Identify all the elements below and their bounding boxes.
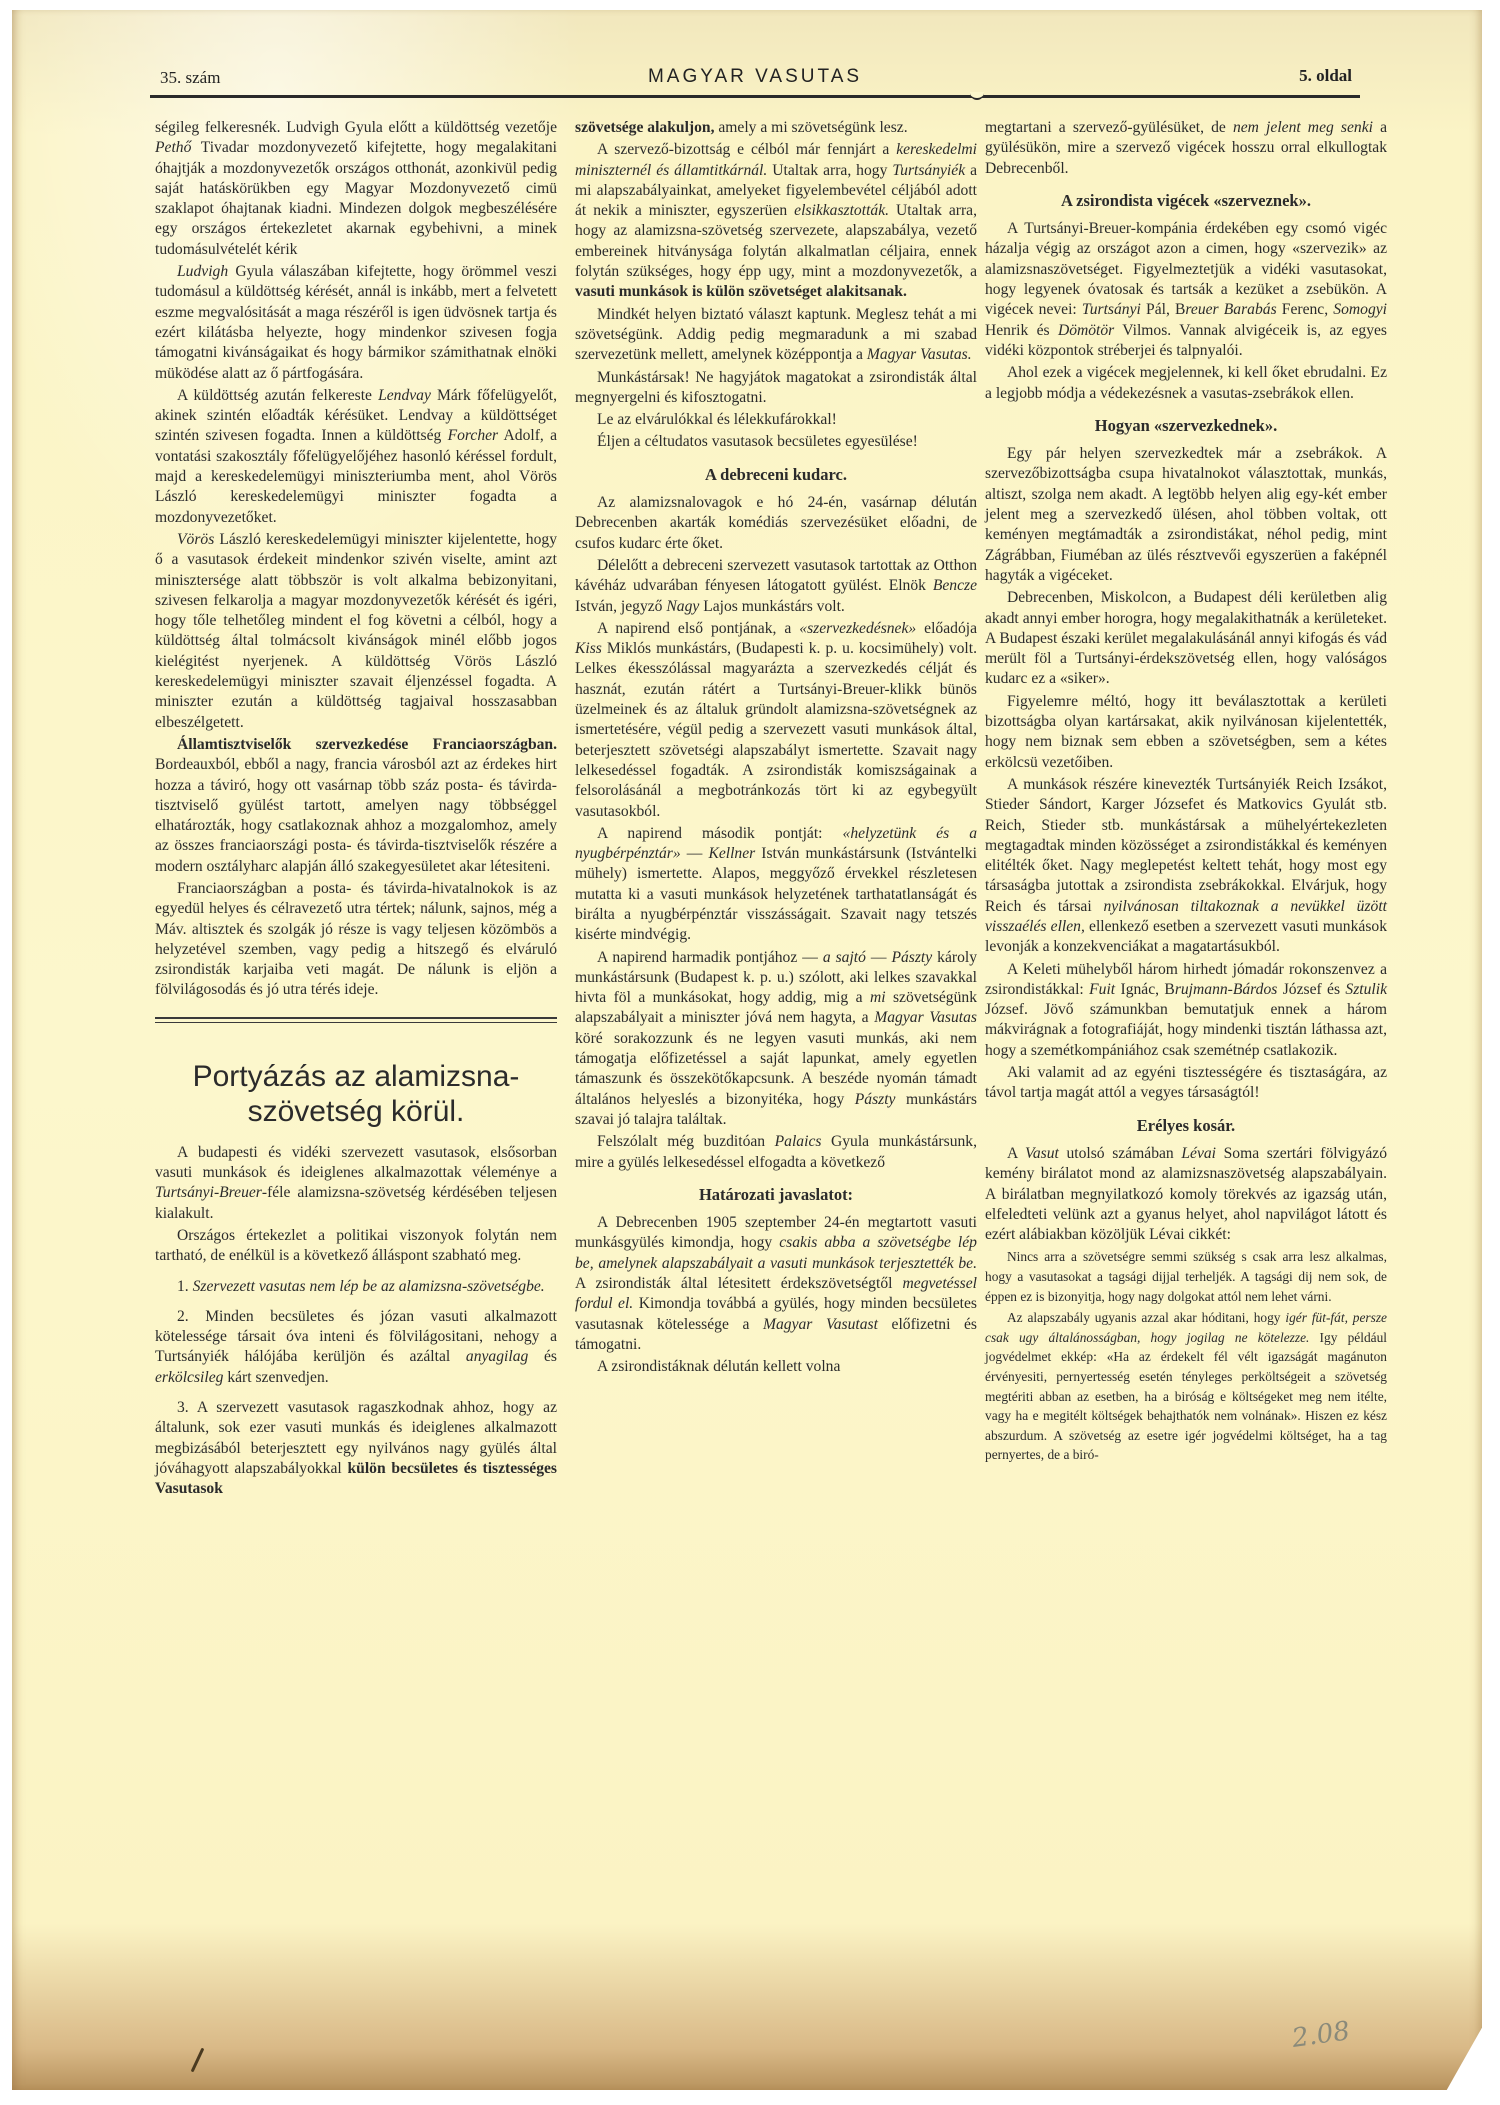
paragraph: 1. Szervezett vasutas nem lép be az alam… <box>155 1277 557 1297</box>
text-run: kárt szenvedjen. <box>223 1369 328 1386</box>
paragraph: Franciaországban a posta- és távirda-hiv… <box>155 879 557 1001</box>
italic-text: Sztulik <box>1345 981 1387 998</box>
bold-text: Államtisztviselők szervezkedése Franciao… <box>177 736 557 753</box>
italic-text: Fuit <box>1089 981 1115 998</box>
paragraph: Felszólalt még buzditóan Palaics Gyula m… <box>575 1132 977 1173</box>
paragraph: A Keleti mühelyből három hirhedt jómadár… <box>985 960 1387 1061</box>
masthead: 35. szám MAGYAR VASUTAS 5. oldal <box>150 62 1360 92</box>
text-run: Felszólalt még buzditóan <box>597 1133 775 1150</box>
paragraph: 3. A szervezett vasutasok ragaszkodnak a… <box>155 1398 557 1499</box>
italic-text: Vasut <box>1025 1145 1059 1162</box>
italic-text: Turtsányiék <box>892 162 965 179</box>
text-run: József és <box>1277 981 1345 998</box>
paragraph: Le az elvárulókkal és lélekkufárokkal! <box>575 410 977 430</box>
paragraph: Az alapszabály ugyanis azzal akar hódita… <box>985 1308 1387 1465</box>
section-heading: Erélyes kosár. <box>985 1116 1387 1136</box>
text-run: Le az elvárulókkal és lélekkufárokkal! <box>597 411 837 428</box>
paragraph: Mindkét helyen biztató választ kaptunk. … <box>575 305 977 366</box>
bold-text: vasuti munkások is külön szövetséget ala… <box>575 283 907 300</box>
column-left: ségileg felkeresnék. Ludvigh Gyula előtt… <box>155 118 557 1502</box>
italic-text: Magyar Vasutas. <box>867 346 972 363</box>
italic-text: a sajtó <box>823 949 866 966</box>
column-middle: szövetsége alakuljon, amely a mi szövets… <box>575 118 977 1380</box>
section-heading: Határozati javaslatot: <box>575 1185 977 1205</box>
paragraph: Délelőtt a debreceni szervezett vasutaso… <box>575 556 977 617</box>
text-run: Gyula válaszában kifejtette, hogy örömme… <box>155 263 557 381</box>
italic-text: Somogyi <box>1333 301 1387 318</box>
italic-text: anyagilag <box>466 1348 528 1365</box>
paragraph: Figyelemre méltó, hogy itt beválasztotta… <box>985 692 1387 773</box>
paragraph: Ahol ezek a vigécek megjelennek, ki kell… <box>985 363 1387 404</box>
italic-text: elsikkasztották. <box>794 202 889 219</box>
italic-text: Kiss <box>575 640 602 657</box>
paragraph: A zsirondistáknak délután kellett volna <box>575 1357 977 1377</box>
text-run: — <box>866 949 892 966</box>
italic-text: rujmann-Bárdos <box>1175 981 1278 998</box>
text-run: Munkástársak! Ne hagyjátok magatokat a z… <box>575 369 977 406</box>
text-run: A munkások részére kinevezték Turtsányié… <box>985 776 1387 915</box>
paragraph: A Turtsányi-Breuer-kompánia érdekében eg… <box>985 219 1387 361</box>
italic-text: Magyar Vasutas <box>874 1009 977 1026</box>
italic-text: Kellner <box>708 845 755 862</box>
text-run: 1. <box>177 1278 193 1295</box>
section-heading: Hogyan «szervezkednek». <box>985 416 1387 436</box>
article-headline: Portyázás az alamizsna-szövetség körül. <box>155 1059 557 1129</box>
text-run: megtartani a szervező-gyülésüket, de <box>985 119 1233 136</box>
paragraph: 2. Minden becsületes és józan vasuti alk… <box>155 1307 557 1388</box>
text-run: Nincs arra a szövetségre semmi szükség s… <box>985 1249 1387 1303</box>
page-number: 5. oldal <box>1299 66 1352 86</box>
paragraph: A Vasut utolsó számában Lévai Soma szert… <box>985 1144 1387 1245</box>
italic-text: «szervezkedésnek» <box>799 620 916 637</box>
italic-text: Dömötör <box>1058 322 1114 339</box>
text-run: Éljen a céltudatos vasutasok becsületes … <box>597 433 918 450</box>
paragraph: A budapesti és vidéki szervezett vasutas… <box>155 1143 557 1224</box>
paragraph: Munkástársak! Ne hagyjátok magatokat a z… <box>575 368 977 409</box>
paragraph: Ludvigh Gyula válaszában kifejtette, hog… <box>155 262 557 384</box>
newspaper-title: MAGYAR VASUTAS <box>150 66 1360 88</box>
paragraph: megtartani a szervező-gyülésüket, de nem… <box>985 118 1387 179</box>
text-run: Bordeauxból, ebből a nagy, francia város… <box>155 756 557 874</box>
text-run: és <box>528 1348 557 1365</box>
section-heading: A debreceni kudarc. <box>575 465 977 485</box>
text-run: Tivadar mozdonyvezető kifejtette, hogy m… <box>155 139 557 257</box>
text-run: Ahol ezek a vigécek megjelennek, ki kell… <box>985 364 1387 401</box>
paragraph: A Debrecenben 1905 szeptember 24-én megt… <box>575 1213 977 1355</box>
italic-text: Szervezett vasutas nem lép be az alamizs… <box>193 1278 545 1295</box>
text-run: Aki valamit ad az egyéni tisztességére é… <box>985 1064 1387 1101</box>
section-heading: A zsirondista vigécek «szerveznek». <box>985 191 1387 211</box>
italic-text: Vörös <box>177 531 214 548</box>
italic-text: Lendvay <box>378 387 431 404</box>
paragraph: Éljen a céltudatos vasutasok becsületes … <box>575 432 977 452</box>
italic-text: Nagy <box>666 598 699 615</box>
italic-text: Pászty <box>891 949 932 966</box>
italic-text: mi <box>870 989 886 1006</box>
column-right: megtartani a szervező-gyülésüket, de nem… <box>985 118 1387 1467</box>
text-run: A budapesti és vidéki szervezett vasutas… <box>155 1144 557 1181</box>
italic-text: Lévai <box>1181 1145 1216 1162</box>
italic-text: Ludvigh <box>177 263 228 280</box>
italic-text: Palaics <box>775 1133 822 1150</box>
text-run: Miklós munkástárs, (Budapesti k. p. u. k… <box>575 640 977 819</box>
text-run: Franciaországban a posta- és távirda-hiv… <box>155 880 557 998</box>
paragraph: Államtisztviselők szervezkedése Franciao… <box>155 735 557 877</box>
italic-text: Turtsányi <box>155 1184 214 1201</box>
text-run: ségileg felkeresnék. Ludvigh Gyula előtt… <box>155 119 557 136</box>
italic-text: reuer Barabás <box>1185 301 1276 318</box>
masthead-rule <box>150 95 1360 98</box>
bold-text: szövetsége alakuljon, <box>575 119 714 136</box>
text-run: Országos értekezlet a politikai viszonyo… <box>155 1227 557 1264</box>
text-run: A zsirondisták által létesitett érdekszö… <box>575 1275 903 1292</box>
text-run: László kereskedelemügyi miniszter kijele… <box>155 531 557 731</box>
text-run: Debrecenben, Miskolcon, a Budapest déli … <box>985 589 1387 687</box>
paragraph: szövetsége alakuljon, amely a mi szövets… <box>575 118 977 138</box>
italic-text: Turtsányi <box>1082 301 1141 318</box>
text-run: előadója <box>916 620 977 637</box>
text-run: utolsó számában <box>1059 1145 1182 1162</box>
text-run: Henrik és <box>985 322 1058 339</box>
text-run: Egy pár helyen szervezkedtek már a zsebr… <box>985 445 1387 584</box>
text-run: Pál, B <box>1141 301 1186 318</box>
paragraph: Egy pár helyen szervezkedtek már a zsebr… <box>985 444 1387 586</box>
paragraph: Nincs arra a szövetségre semmi szükség s… <box>985 1247 1387 1306</box>
text-run: Délelőtt a debreceni szervezett vasutaso… <box>575 557 977 594</box>
text-run: Az alapszabály ugyanis azzal akar hódita… <box>1007 1310 1285 1325</box>
paragraph: A küldöttség azután felkereste Lendvay M… <box>155 386 557 528</box>
italic-text: Breuer <box>219 1184 262 1201</box>
text-run: A szervező-bizottság e célból már fennjá… <box>597 141 896 158</box>
paragraph: A napirend második pontját: «helyzetünk … <box>575 824 977 946</box>
text-run: Lajos munkástárs volt. <box>699 598 845 615</box>
italic-text: Bencze <box>933 577 977 594</box>
text-run: amely a mi szövetségünk lesz. <box>714 119 907 136</box>
italic-text: Magyar Vasutast <box>763 1316 878 1333</box>
italic-text: Pethő <box>155 139 191 156</box>
text-run: Figyelemre méltó, hogy itt beválasztotta… <box>985 693 1387 771</box>
italic-text: Forcher <box>448 427 499 444</box>
paragraph: Országos értekezlet a politikai viszonyo… <box>155 1226 557 1267</box>
paragraph: Vörös László kereskedelemügyi miniszter … <box>155 530 557 733</box>
text-run: Igy például jogvédelmet ekkép: «Ha az ér… <box>985 1330 1387 1463</box>
paragraph: Aki valamit ad az egyéni tisztességére é… <box>985 1063 1387 1104</box>
paragraph: ségileg felkeresnék. Ludvigh Gyula előtt… <box>155 118 557 260</box>
text-run: A napirend első pontjának, a <box>597 620 799 637</box>
text-run: József. Jövő számunkban bemutatjuk ennek… <box>985 1001 1387 1059</box>
paragraph: Debrecenben, Miskolcon, a Budapest déli … <box>985 588 1387 689</box>
text-run: Az alamizsnalovagok e hó 24-én, vasárnap… <box>575 494 977 552</box>
text-run: Ferenc, <box>1277 301 1334 318</box>
text-run: István, jegyző <box>575 598 666 615</box>
text-run: A <box>1007 1145 1025 1162</box>
paragraph: Az alamizsnalovagok e hó 24-én, vasárnap… <box>575 493 977 554</box>
text-run: Ignác, B <box>1115 981 1175 998</box>
text-run: A napirend második pontját: <box>597 825 843 842</box>
text-run: Utaltak arra, hogy <box>767 162 892 179</box>
italic-text: nem jelent meg senki <box>1233 119 1373 136</box>
text-run: A küldöttség azután felkereste <box>177 387 378 404</box>
italic-text: erkölcsileg <box>155 1369 223 1386</box>
italic-text: Pászty <box>855 1091 896 1108</box>
text-run: — <box>681 845 709 862</box>
text-run: A zsirondistáknak délután kellett volna <box>597 1358 840 1375</box>
text-run: A napirend harmadik pontjához — <box>597 949 823 966</box>
paragraph: A napirend harmadik pontjához — a sajtó … <box>575 948 977 1131</box>
paragraph: A munkások részére kinevezték Turtsányié… <box>985 775 1387 958</box>
section-divider <box>155 1017 557 1023</box>
paragraph: A szervező-bizottság e célból már fennjá… <box>575 140 977 302</box>
paragraph: A napirend első pontjának, a «szervezked… <box>575 619 977 822</box>
